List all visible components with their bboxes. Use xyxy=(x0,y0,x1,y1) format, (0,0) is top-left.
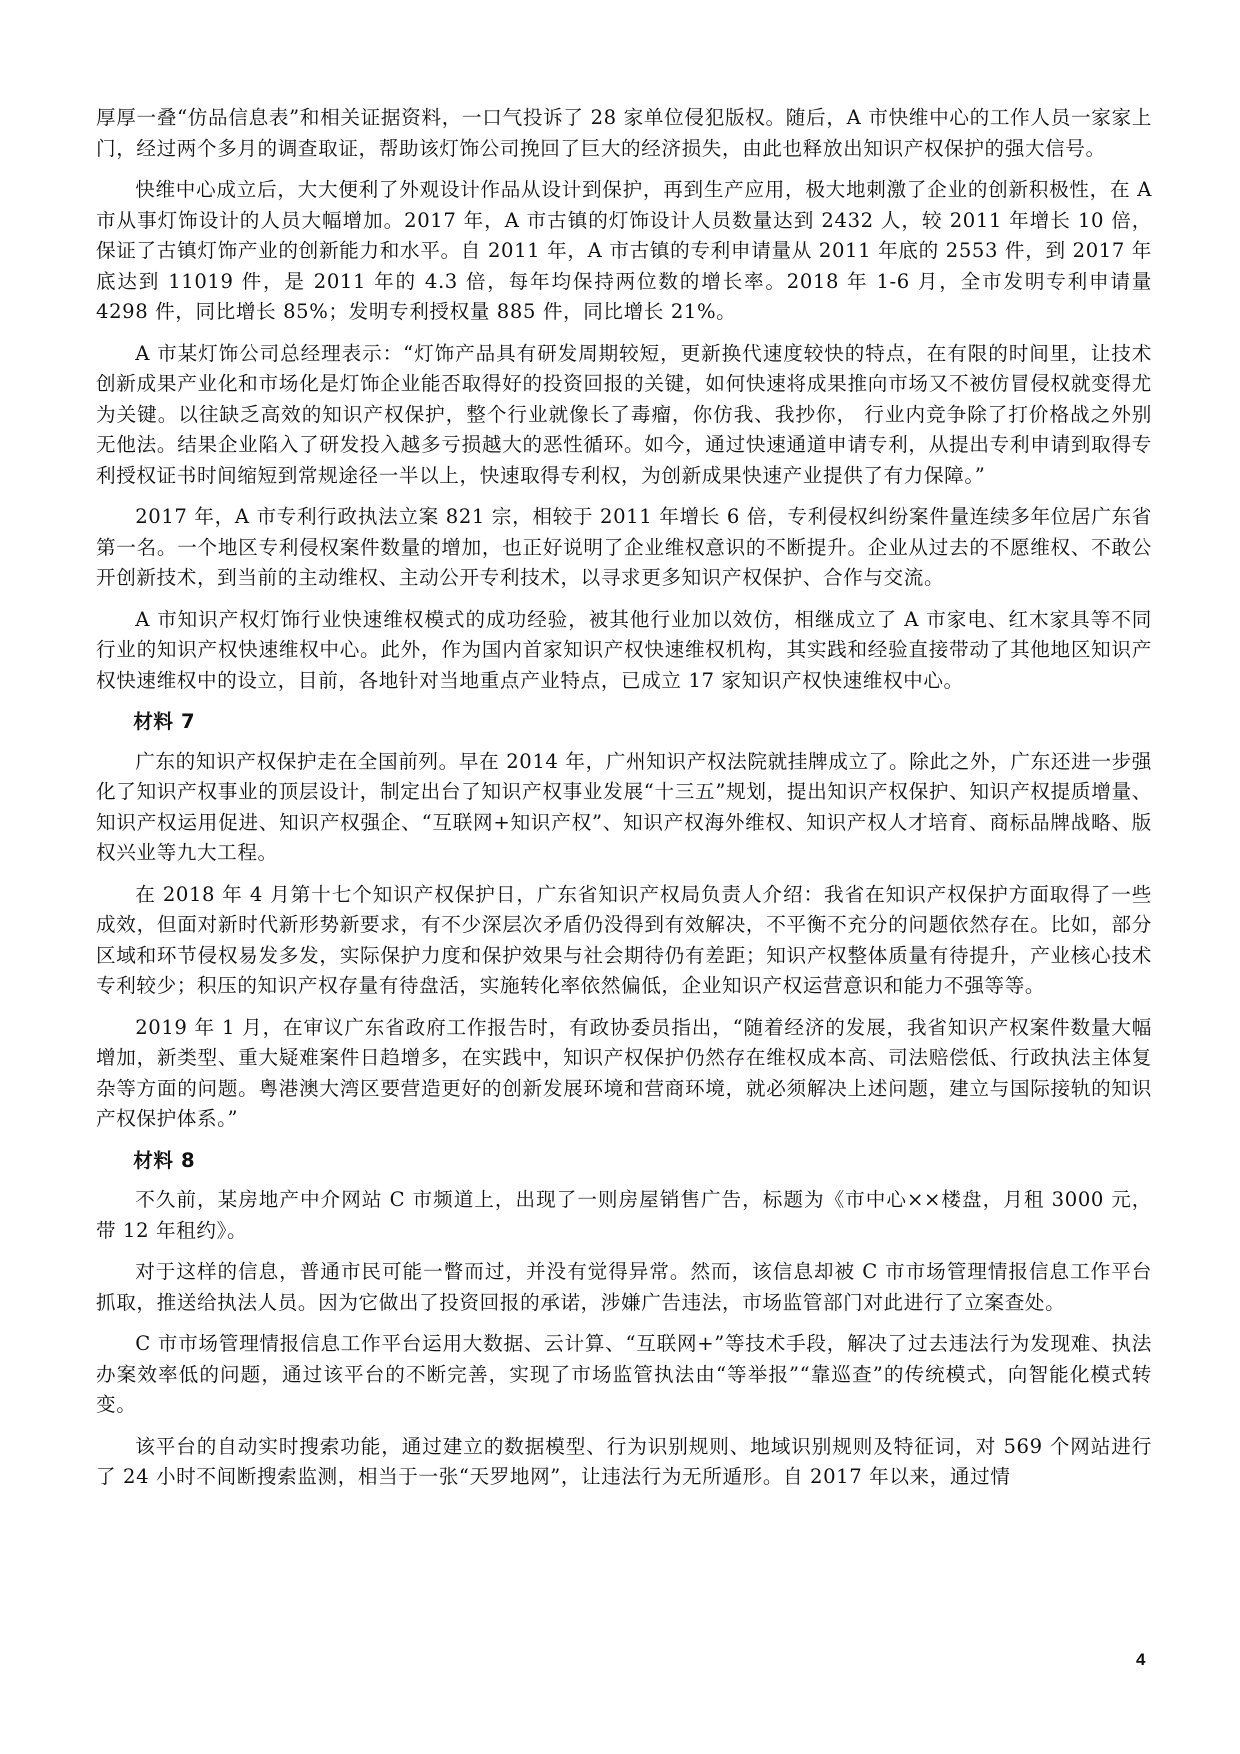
paragraph-housing-ad: 不久前，某房地产中介网站 C 市频道上，出现了一则房屋销售广告，标题为《市中心×… xyxy=(96,1185,1152,1246)
paragraph-manager-quote: A 市某灯饰公司总经理表示：“灯饰产品具有研发周期较短，更新换代速度较快的特点，… xyxy=(96,339,1152,492)
document-page: 厚厚一叠“仿品信息表”和相关证据资料，一口气投诉了 28 家单位侵犯版权。随后，… xyxy=(0,0,1240,1754)
paragraph-continued-complaint: 厚厚一叠“仿品信息表”和相关证据资料，一口气投诉了 28 家单位侵犯版权。随后，… xyxy=(96,103,1152,164)
paragraph-rapid-rights-centers: A 市知识产权灯饰行业快速维权模式的成功经验，被其他行业加以效仿，相继成立了 A… xyxy=(96,605,1152,697)
paragraph-platform-tech: C 市市场管理情报信息工作平台运用大数据、云计算、“互联网+”等技术手段，解决了… xyxy=(96,1329,1152,1421)
paragraph-enforcement-cases: 2017 年，A 市专利行政执法立案 821 宗，相较于 2011 年增长 6 … xyxy=(96,502,1152,594)
paragraph-guangdong-ip: 广东的知识产权保护走在全国前列。早在 2014 年，广州知识产权法院就挂牌成立了… xyxy=(96,747,1152,869)
paragraph-ip-protection-day: 在 2018 年 4 月第十七个知识产权保护日，广东省知识产权局负责人介绍：我省… xyxy=(96,880,1152,1002)
paragraph-design-growth: 快维中心成立后，大大便利了外观设计作品从设计到保护，再到生产应用，极大地刺激了企… xyxy=(96,175,1152,328)
page-number: 4 xyxy=(1136,1650,1145,1670)
paragraph-platform-capture: 对于这样的信息，普通市民可能一瞥而过，并没有觉得异常。然而，该信息却被 C 市市… xyxy=(96,1257,1152,1318)
paragraph-auto-search: 该平台的自动实时搜索功能，通过建立的数据模型、行为识别规则、地域识别规则及特征词… xyxy=(96,1432,1152,1493)
section-heading-material-7: 材料 7 xyxy=(96,707,1152,738)
section-heading-material-8: 材料 8 xyxy=(96,1146,1152,1177)
document-body: 厚厚一叠“仿品信息表”和相关证据资料，一口气投诉了 28 家单位侵犯版权。随后，… xyxy=(96,103,1152,1504)
paragraph-cppcc-member: 2019 年 1 月，在审议广东省政府工作报告时，有政协委员指出，“随着经济的发… xyxy=(96,1013,1152,1135)
